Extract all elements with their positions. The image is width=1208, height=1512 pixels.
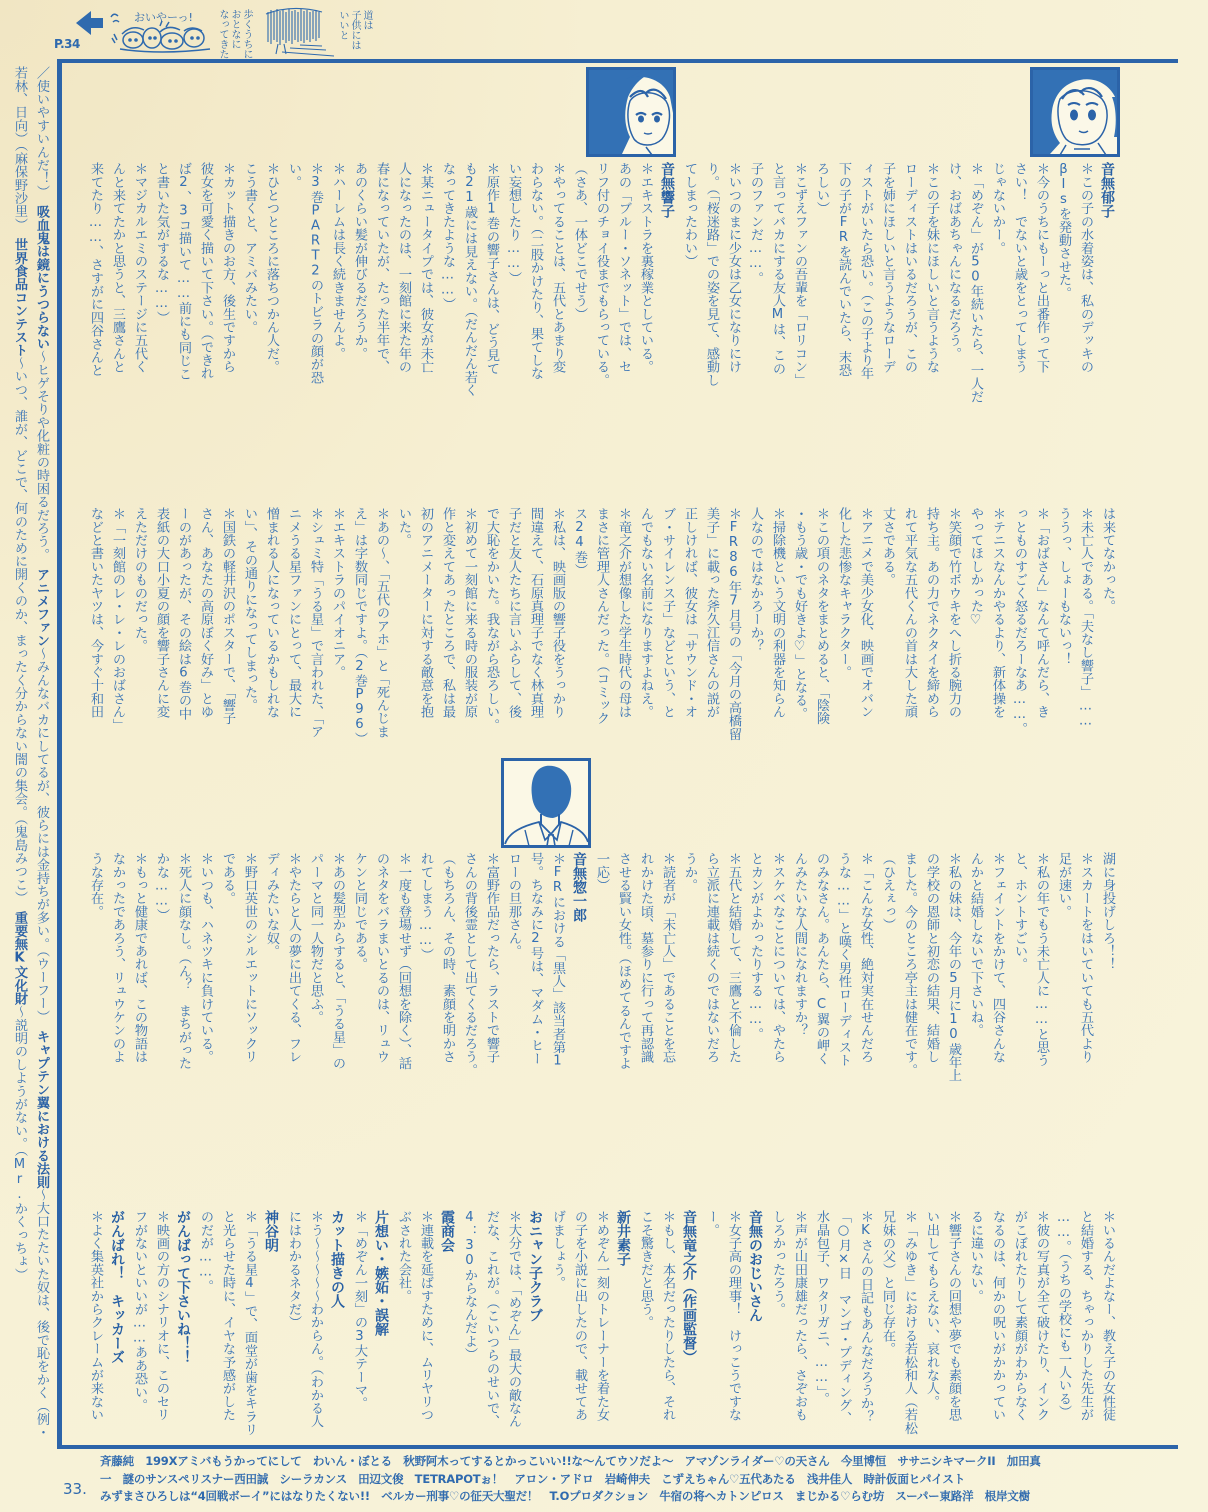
- text-column: と言ってバカにする友人Mは、この: [766, 162, 788, 412]
- doodle-caption-line: 歩くうちに: [240, 9, 252, 57]
- glossary-continued-fragment: ／使いやすいんだ！）: [34, 66, 49, 198]
- text-column: ＊この子の水着姿は、私のデッキの: [1074, 162, 1096, 412]
- text-column: さんの背後霊として出てくるだろう。: [458, 852, 480, 1102]
- doodle-caption-shout: おいやーっ!: [134, 9, 193, 25]
- text-column: 4：30からなんだよ）: [458, 1210, 480, 1460]
- section-heading: カット描きの人: [326, 1210, 348, 1460]
- text-column: ら立派に連載は続くのではないだろ: [700, 852, 722, 1102]
- text-column: れて平気な五代くんの首は大した頑: [898, 507, 920, 757]
- text-column: ＊スカートをはいていても五代より: [1074, 852, 1096, 1102]
- text-column: ＊響子さんの回想や夢でも素顔を思: [942, 1210, 964, 1460]
- text-column: と、ホントすごい。: [1008, 852, 1030, 1102]
- text-column: ＊もし、本名だったりしたら、それ: [656, 1210, 678, 1460]
- text-column: ぶされた会社。: [392, 1210, 414, 1460]
- doodle-caption: 歩くうちに おとなに なってきた!: [212, 9, 252, 57]
- text-column: ィストがいたら恐い。（この子より年: [854, 162, 876, 412]
- section-heading: 音無のおじいさん: [744, 1210, 766, 1460]
- section-heading: 新井素子: [612, 1210, 634, 1460]
- text-column: 子を姉にほしいと言うようなローデ: [876, 162, 898, 412]
- text-column: ＊野口英世のシルエットにソックリ: [238, 852, 260, 1102]
- text-column: 人になったのは、一刻館に来た年の: [392, 162, 414, 412]
- doodle-caption-line: おとなに: [228, 9, 240, 57]
- text-column: ろしい）: [810, 162, 832, 412]
- text-column: にはわかるネタだ）: [282, 1210, 304, 1460]
- text-column: で大恥をかいた。我ながら恐ろしい。: [480, 507, 502, 757]
- text-column: ＊富野作品だったら、ラストで響子: [480, 852, 502, 1102]
- text-column: ＊笑顔で竹ボウキをへし折る腕力の: [942, 507, 964, 757]
- text-column: 一応）: [590, 852, 612, 1102]
- text-column: ＊「こんな女性、絶対実在せんだろ: [854, 852, 876, 1102]
- text-column: ニメうる星ファンにとって、最大に: [282, 507, 304, 757]
- text-column: かな……）: [150, 852, 172, 1102]
- text-column: ＊声が山田康雄だったら、さぞおも: [788, 1210, 810, 1460]
- text-column: 初のアニメーターに対する敵意を抱: [414, 507, 436, 757]
- text-column: ＊もっと健康であれば、この物語は: [128, 852, 150, 1102]
- text-column: い出してもらえない、哀れな人。: [920, 1210, 942, 1460]
- text-column: ＊この子を妹にほしいと言うような: [920, 162, 942, 412]
- text-column: やってほしかった♡: [964, 507, 986, 757]
- text-column: 彼女を可愛く描いて下さい。（できれ: [194, 162, 216, 412]
- text-row-1: 音無郁子 ＊この子の水着姿は、私のデッキの βIsを発動させた。 ＊今のうちにも…: [84, 162, 1118, 412]
- text-column: 「○月×日 マンゴ・プディング、: [832, 1210, 854, 1460]
- text-column: け、おばあちゃんになるだろう。: [942, 162, 964, 412]
- text-column: も21歳には見えない。（だんだん若く: [458, 162, 480, 412]
- text-column: あのくらい髪が伸びるだろうか。: [348, 162, 370, 412]
- text-row-4: ＊いるんだよなー、教え子の女性徒 と結婚する、ちゃっかりした先生が ……。（うち…: [84, 1210, 1118, 1460]
- text-column: ＊読者が「未亡人」であることを忘: [656, 852, 678, 1102]
- crowd-doodle-icon: [266, 8, 334, 56]
- text-column: 兄妹の父）と同じ存在。: [876, 1210, 898, 1460]
- text-column: 表紙の大口小夏の顔を響子さんに変: [150, 507, 172, 757]
- text-column: ＊国鉄の軽井沢のポスターで、「響子: [216, 507, 238, 757]
- text-column: と結婚する、ちゃっかりした先生が: [1074, 1210, 1096, 1460]
- text-column: 春になっていたが、たった半年で、: [370, 162, 392, 412]
- magazine-page: P.34 おいやーっ! 歩くうちに おとなに なってきた! 道は 子供には いい…: [0, 0, 1208, 1512]
- text-column: ーのがあったが、その絵は6巻の中: [172, 507, 194, 757]
- section-heading: 片想い・嫉妬・誤解: [370, 1210, 392, 1460]
- text-column: ＊私の年でもう未亡人に……と思う: [1030, 852, 1052, 1102]
- text-column: パーマと同一人物だと思ふ。: [304, 852, 326, 1102]
- text-column: 湖に身投げしろ！！: [1096, 852, 1118, 1102]
- glossary-definition: ～ヒゲそりや化粧の時困るだろう。: [34, 350, 49, 561]
- text-column: ＊「めぞん一刻」の3大テーマ。: [348, 1210, 370, 1460]
- text-column: のだが……。: [194, 1210, 216, 1460]
- text-column: 子のファンだ……。: [744, 162, 766, 412]
- text-column: さん、あなたの高原ぼく好み」とゆ: [194, 507, 216, 757]
- text-column: ＊掃除機という文明の利器を知らん: [766, 507, 788, 757]
- section-heading: 音無響子: [656, 162, 678, 412]
- text-column: うな存在。: [84, 852, 106, 1102]
- glossary-definition: ～いつ、誰が、どこで、何のために開くのか、まったく分からない闇の集会。（鬼島みつ…: [12, 356, 27, 904]
- text-column: うな……」と嘆く男性ローディスト: [832, 852, 854, 1102]
- text-column: と光らせた時に、イヤな予感がした: [216, 1210, 238, 1460]
- text-column: ＊エキストラのパイオニア。: [326, 507, 348, 757]
- text-column: えただけのものだった。: [128, 507, 150, 757]
- text-column: ＊大分では、「めぞん」最大の敵なん: [502, 1210, 524, 1460]
- text-column: ＊「うる星4」で、面堂が歯をキラリ: [238, 1210, 260, 1460]
- credits-line: みずまさひろしは“4回戦ボーイ”にはなりたくない!! ベルカー刑事♡の征天大聖だ…: [100, 1488, 1041, 1506]
- text-column: ＊いつも、ハネツキに負けている。: [194, 852, 216, 1102]
- text-column: いた。: [392, 507, 414, 757]
- text-column: こう書くと、アミバみたい。: [238, 162, 260, 412]
- portrait-kyoko-icon: [586, 67, 676, 157]
- text-column: 下の子がFRを読んでいたら、末恐: [832, 162, 854, 412]
- glossary-definition: ～説明のしようがない。（Mr.かくっちょ）: [12, 1005, 27, 1281]
- text-column: 化した悲惨なキャラクター。: [832, 507, 854, 757]
- text-column: ＊テニスなんかやるより、新体操を: [986, 507, 1008, 757]
- credits-line: 斉藤純 199Xアミバもうかってにして わいん・ぼとる 秋野阿木ってするとかっこ…: [100, 1453, 1041, 1471]
- text-column: しろかったろう。: [766, 1210, 788, 1460]
- text-column: ＊エキストラを裏稼業としている。: [634, 162, 656, 412]
- text-column: ＊死人に顔なし。（ん？ まちがった: [172, 852, 194, 1102]
- credits-line: 一 謎のサンスペリスナー西田誠 シーラカンス 田辺文俊 TETRAPOTぉ！ ア…: [100, 1471, 1041, 1489]
- text-column: ＊「一刻館のレ・レ・レのおばさん」: [106, 507, 128, 757]
- text-row-3: 湖に身投げしろ！！ ＊スカートをはいていても五代より 足が速い。 ＊私の年でもう…: [84, 852, 1118, 1102]
- text-column: ＊カット描きのお方、後生ですから: [216, 162, 238, 412]
- text-column: り。（「桜迷路」での姿を見て、感動し: [700, 162, 722, 412]
- text-column: などと書いたヤツは、今すぐ十和田: [84, 507, 106, 757]
- text-column: 持ち主。あの力でネクタイを締めら: [920, 507, 942, 757]
- text-column: がこぼれたりして素顔がわからなく: [1008, 1210, 1030, 1460]
- glossary-definition: ～みんなバカにしてるが、彼らには金持ちが多い。（ウーフー）: [34, 647, 49, 1023]
- text-column: わらない。（二股かけたり、果てしな: [524, 162, 546, 412]
- text-column: なるのは、何かの呪いがかかってい: [986, 1210, 1008, 1460]
- text-column: なってきたような……）: [436, 162, 458, 412]
- text-column: ー。: [700, 1210, 722, 1460]
- doodle-caption-line: なってきた!: [216, 9, 228, 57]
- section-heading: 神谷明: [260, 1210, 282, 1460]
- text-column: ＊やってることは、五代とあまり変: [546, 162, 568, 412]
- doodle-sign-line: いいと: [336, 10, 348, 50]
- text-column: 間違えて、石原真理子でなく林真理: [524, 507, 546, 757]
- text-column: ケンと同じである。: [348, 852, 370, 1102]
- text-column: 人なのではなかろーか？: [744, 507, 766, 757]
- text-column: ました。今のところ亭主は健在です。: [898, 852, 920, 1102]
- text-column: 憎まれる人になっているかもしれな: [260, 507, 282, 757]
- section-heading: おニャン子クラブ: [524, 1210, 546, 1460]
- text-column: ＊映画の方のシナリオに、このセリ: [150, 1210, 172, 1460]
- text-column: βIsを発動させた。: [1052, 162, 1074, 412]
- text-column: っとものすごく怒るだろーなあ……。: [1008, 507, 1030, 757]
- text-column: んみたいな人間になれますか？: [788, 852, 810, 1102]
- text-column: 来てたり……、さすがに四谷さんと: [84, 162, 106, 412]
- text-column: ＊FRにおける「黒人」該当者第1: [546, 852, 568, 1102]
- text-column: リフ付のチョイ役までもらっている。: [590, 162, 612, 412]
- arrow-left-icon: [76, 11, 103, 35]
- text-column: ううっ、しょーもないっ！: [1052, 507, 1074, 757]
- reader-credits: 斉藤純 199Xアミバもうかってにして わいん・ぼとる 秋野阿木ってするとかっこ…: [100, 1453, 1041, 1506]
- text-column: ＊マジカルエミのステージに五代く: [128, 162, 150, 412]
- text-column: ＊初めて一刻館に来る時の服装が原: [458, 507, 480, 757]
- text-column: ＊女子高の理事！ けっこうですな: [722, 1210, 744, 1460]
- text-column: ディみたいな奴。: [260, 852, 282, 1102]
- text-column: ・もう歳・でも好きよ♡」となる。: [788, 507, 810, 757]
- text-column: さい！ でないと歳をとってしまう: [1008, 162, 1030, 412]
- glossary-term: 重要無K文化財: [12, 911, 27, 1005]
- glossary-term: キャプテン翼における法則: [34, 1030, 49, 1188]
- text-column: こそ驚きだと思う。: [634, 1210, 656, 1460]
- text-column: ＊よく集英社からクレームが来ない: [84, 1210, 106, 1460]
- text-column: ＊某ニュータイプでは、彼女が未亡: [414, 162, 436, 412]
- text-column: なかったであろう、リュウケンのよ: [106, 852, 128, 1102]
- text-column: んかと結婚しないで下さいね。: [964, 852, 986, 1102]
- text-column: ＊未亡人である。「夫なし響子」……: [1074, 507, 1096, 757]
- text-column: れてしまう……）: [414, 852, 436, 1102]
- text-column: げましょう。: [546, 1210, 568, 1460]
- text-column: ＊「おばさん」なんて呼んだら、き: [1030, 507, 1052, 757]
- text-column: ……。（うちの学校にも一人いる）: [1052, 1210, 1074, 1460]
- text-column: ＊彼の写真が全て破けたり、インク: [1030, 1210, 1052, 1460]
- text-column: ＊いるんだよなー、教え子の女性徒: [1096, 1210, 1118, 1460]
- page-reference: P.34: [54, 37, 80, 51]
- text-column: ＊3巻PART2のトビラの顔が恐: [304, 162, 326, 412]
- text-column: 正しければ、彼女は「サウンド・オ: [678, 507, 700, 757]
- text-column: フがないといいが……ああ恐い。: [128, 1210, 150, 1460]
- text-column: ＊私は、映画版の響子役をうっかり: [546, 507, 568, 757]
- text-row-2: は来てなかった。 ＊未亡人である。「夫なし響子」…… ううっ、しょーもないっ！ …: [84, 507, 1118, 757]
- text-column: んと来てたかと思うと、三鷹さんと: [106, 162, 128, 412]
- portrait-ikuko-icon: [1030, 67, 1120, 157]
- section-heading: がんばれ！ キッカーズ: [106, 1210, 128, 1460]
- text-column: （ひえぇっ）: [876, 852, 898, 1102]
- text-column: ＊この項のネタをまとめると、「陰険: [810, 507, 832, 757]
- text-column: ＊スケベなことについては、やたら: [766, 852, 788, 1102]
- text-column: ＊FR86年7月号の「今月の高橋留: [722, 507, 744, 757]
- text-column: ＊ハーレムは長く続きませんよ。: [326, 162, 348, 412]
- page-number: 33.: [63, 1480, 87, 1498]
- text-column: ＊やたらと人の夢に出てくる、フレ: [282, 852, 304, 1102]
- text-column: させる賢い女性。（ほめてるんですよ: [612, 852, 634, 1102]
- text-column: 丈さである。: [876, 507, 898, 757]
- text-column: ＊今のうちにもーっと出番作って下: [1030, 162, 1052, 412]
- doodle-sign-line: 子供には: [348, 10, 360, 50]
- text-column: え」は字数同じですよ。（2巻P96）: [348, 507, 370, 757]
- text-column: ローの旦那さん。: [502, 852, 524, 1102]
- text-column: の学校の恩師と初恋の結果、結婚し: [920, 852, 942, 1102]
- text-column: れかけた頃、墓参りに行って再認識: [634, 852, 656, 1102]
- text-column: のネタをバラまいとるのは、リュウ: [370, 852, 392, 1102]
- text-column: 号。ちなみに2号は、マダム・ヒー: [524, 852, 546, 1102]
- glossary-term: 吸血鬼は鏡にうつらない: [34, 205, 49, 350]
- section-heading: がんばって下さいね！！: [172, 1210, 194, 1460]
- text-column: ＊「めぞん」が50年続いたら、一人だ: [964, 162, 986, 412]
- text-column: 子だと友人たちに言いふらして、後: [502, 507, 524, 757]
- glossary-term: アニメファン: [34, 568, 49, 647]
- text-column: ＊一度も登場せず（回想を除く）、話: [392, 852, 414, 1102]
- text-column: ＊「みゆき」における若松和人（若松: [898, 1210, 920, 1460]
- section-heading: 霞商会: [436, 1210, 458, 1460]
- text-column: るに違いない。: [964, 1210, 986, 1460]
- portrait-soichiro-silhouette-icon: [501, 758, 591, 848]
- text-column: うか。: [678, 852, 700, 1102]
- text-column: ＊う～～～～～わからん。（わかる人: [304, 1210, 326, 1460]
- text-column: んでもない名前になりますよねえ。: [634, 507, 656, 757]
- text-column: 足が速い。: [1052, 852, 1074, 1102]
- margin-glossary: ／使いやすいんだ！）吸血鬼は鏡にうつらない～ヒゲそりや化粧の時困るだろう。アニメ…: [6, 66, 52, 1446]
- text-column: まさに管理人さんだった。（コミック: [590, 507, 612, 757]
- text-column: ＊こずえファンの吾輩を「ロリコン」: [788, 162, 810, 412]
- text-column: 作と変えてあったところで、私は最: [436, 507, 458, 757]
- text-column: の子を小説に出したので、載せてあ: [568, 1210, 590, 1460]
- text-column: ＊五代と結婚して、三鷹と不倫した: [722, 852, 744, 1102]
- text-column: である。: [216, 852, 238, 1102]
- text-column: い妄想したり……）: [502, 162, 524, 412]
- text-column: 美子」に載った斧久江信さんの説が: [700, 507, 722, 757]
- text-column: ＊めぞん一刻のトレーナーを着た女: [590, 1210, 612, 1460]
- text-column: ＊アニメで美少女化、映画でオバン: [854, 507, 876, 757]
- section-heading: 音無竜之介（作画監督）: [678, 1210, 700, 1460]
- text-column: ローディストはいるだろうが、この: [898, 162, 920, 412]
- doodle-sign-caption: 道は 子供には いいと: [336, 10, 372, 50]
- text-column: じゃないかー。: [986, 162, 1008, 412]
- text-column: （もちろん、その時、素顔を明かさ: [436, 852, 458, 1102]
- text-column: ＊ひとつところに落ちつかん人だ。: [260, 162, 282, 412]
- text-column: だな、これが。（こいつらのせいで、: [480, 1210, 502, 1460]
- text-column: は来てなかった。: [1096, 507, 1118, 757]
- text-column: ＊フェイントをかけて、四谷さんな: [986, 852, 1008, 1102]
- text-column: のみなさん。あんたら、C翼の岬く: [810, 852, 832, 1102]
- text-column: ＊連載を延ばすために、ムリヤリつ: [414, 1210, 436, 1460]
- text-column: てしまったわい）: [678, 162, 700, 412]
- text-column: い」、その通りになってしまった。: [238, 507, 260, 757]
- text-column: ＊竜之介が想像した学生時代の母は: [612, 507, 634, 757]
- section-heading: 音無郁子: [1096, 162, 1118, 412]
- text-column: ＊いつのまに少女は乙女になりにけ: [722, 162, 744, 412]
- text-column: ス24巻）: [568, 507, 590, 757]
- text-column: ブ・サイレンス子」などという、と: [656, 507, 678, 757]
- text-column: あの「ブルー・ソネット」では、セ: [612, 162, 634, 412]
- text-column: い。: [282, 162, 304, 412]
- text-column: と書いた気がするな……）: [150, 162, 172, 412]
- text-column: ば2、3コ描いて……前にも同じこ: [172, 162, 194, 412]
- text-column: ＊私の妹は、今年の5月に10歳年上: [942, 852, 964, 1102]
- text-column: ＊あの～、「五代のアホ」と「死んじま: [370, 507, 392, 757]
- doodle-sign-line: 道は: [360, 10, 372, 50]
- text-column: ＊原作1巻の響子さんは、どう見て: [480, 162, 502, 412]
- text-column: ＊シュミ特「うる星」で言われた、「ア: [304, 507, 326, 757]
- text-column: ＊Kさんの日記もあんなだろうか？: [854, 1210, 876, 1460]
- text-column: ＊あの髪型からすると、「うる星」の: [326, 852, 348, 1102]
- glossary-term: 世界食品コンテスト: [12, 238, 27, 357]
- text-column: （さあ、一体どこでせう）: [568, 162, 590, 412]
- text-column: とカンがよかったりする……。: [744, 852, 766, 1102]
- section-heading: 音無惣一郎: [568, 852, 590, 1102]
- text-column: 水晶包子、ワタリガニ、……」。: [810, 1210, 832, 1460]
